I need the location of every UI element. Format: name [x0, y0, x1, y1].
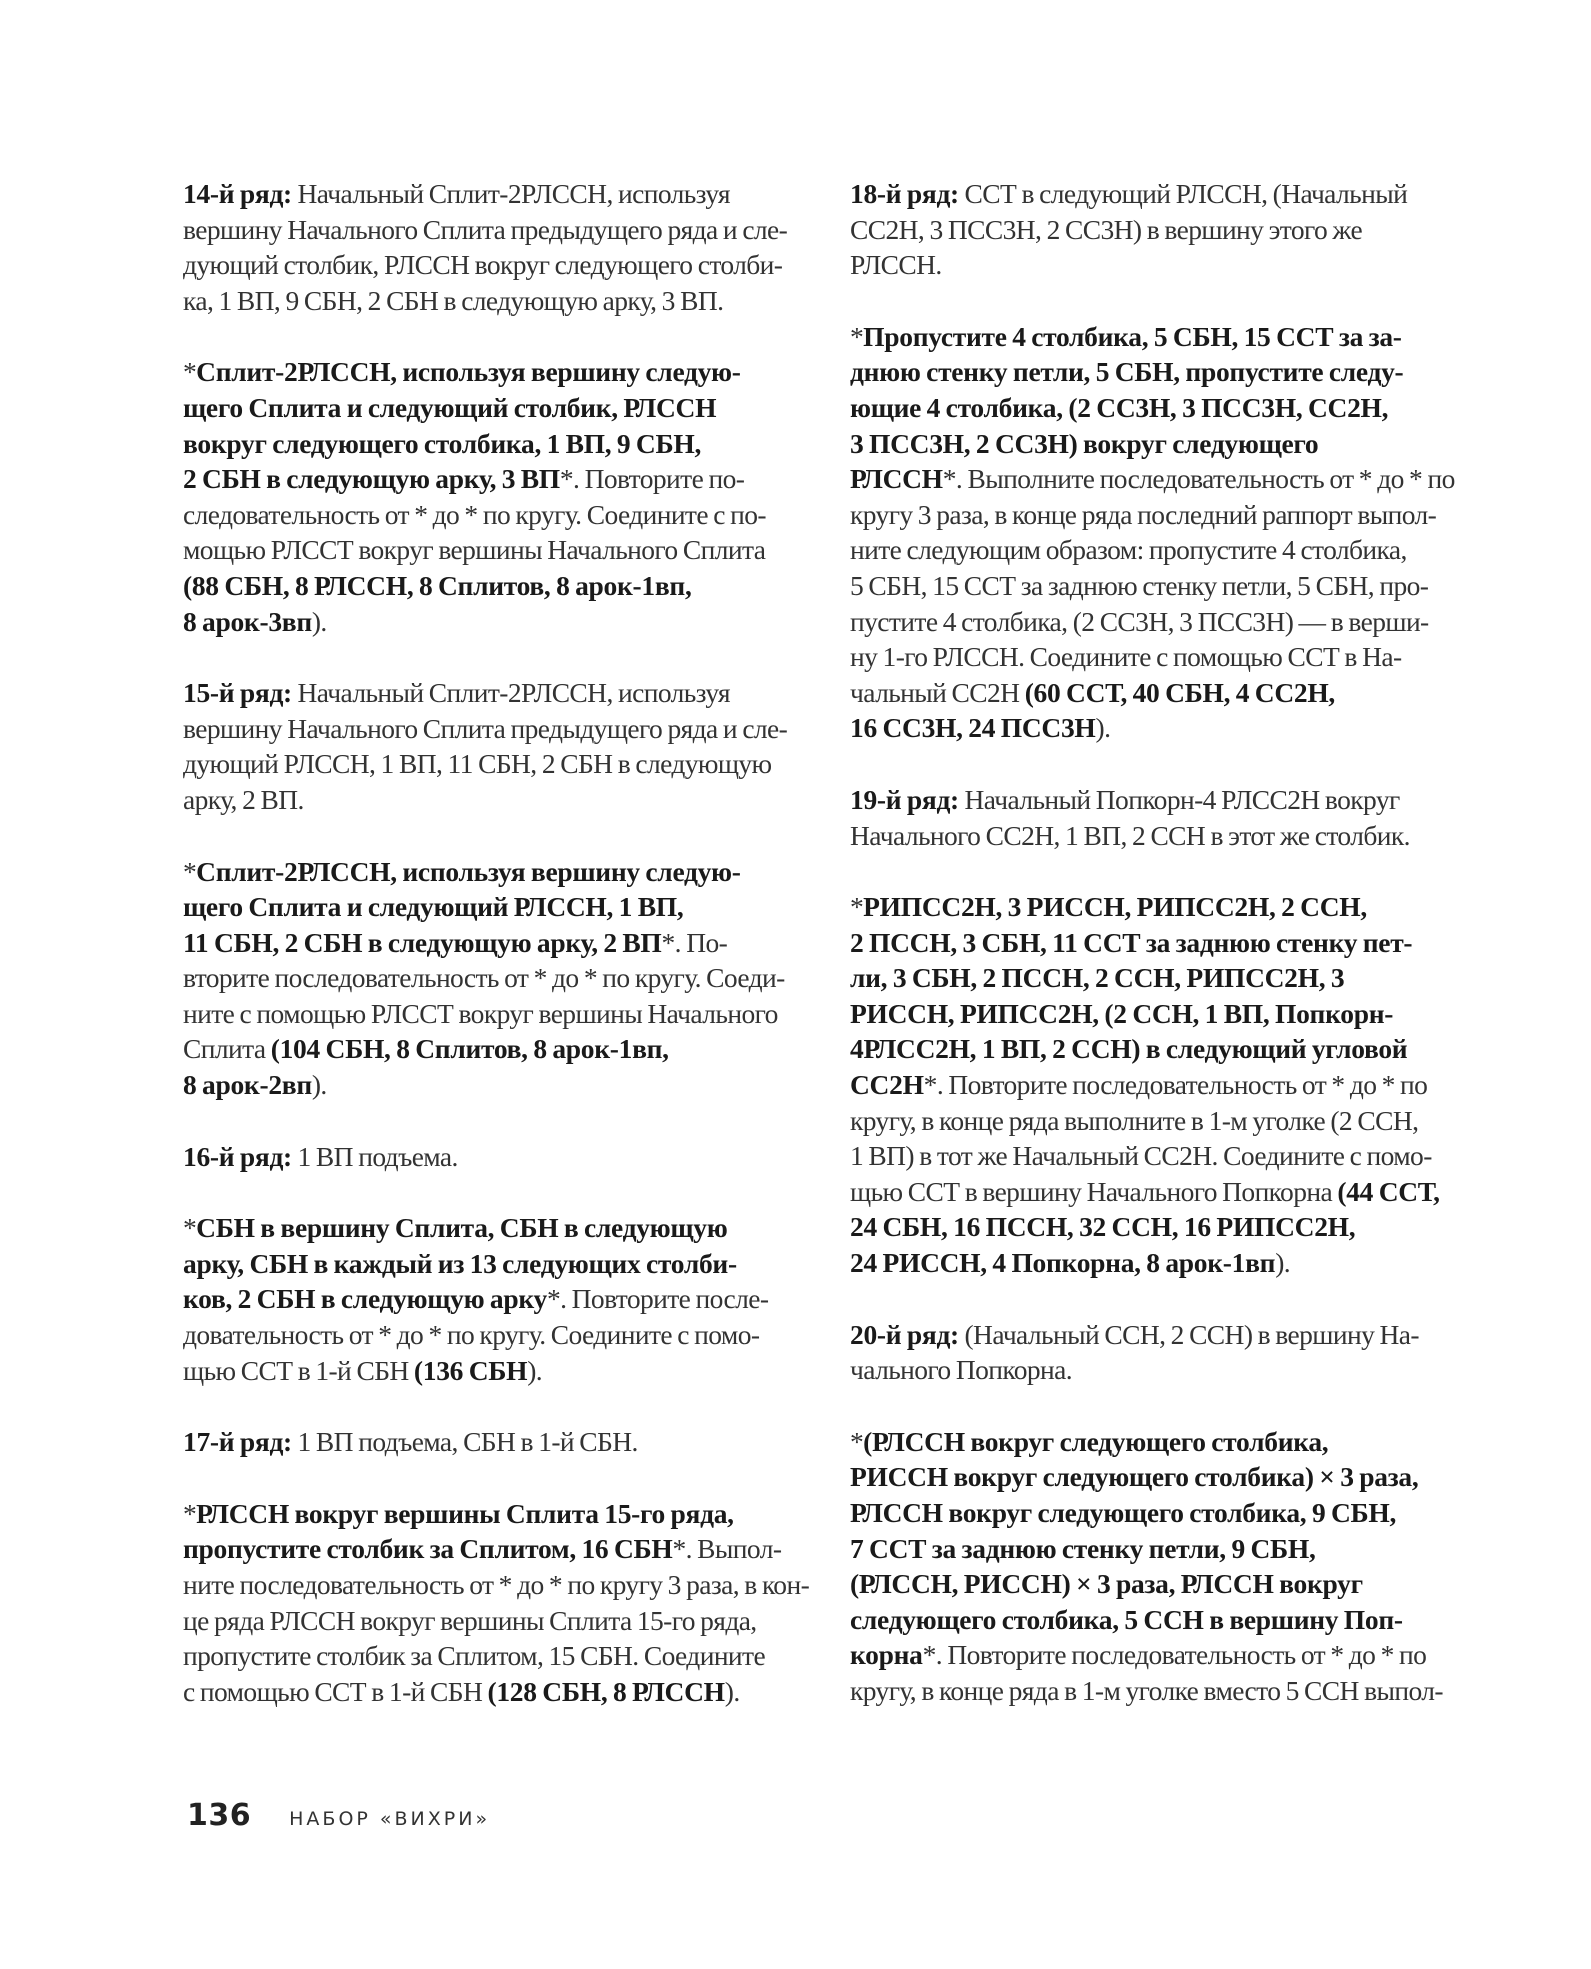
- text-line: ните следующим образом: пропустите 4 сто…: [850, 532, 1480, 568]
- bold-text: Сплит-2РЛССН, используя вершину следую-: [196, 356, 740, 387]
- regular-text: РЛССН.: [850, 249, 942, 280]
- bold-text: 18-й ряд:: [850, 178, 965, 209]
- regular-text: 5 СБН, 15 ССТ за заднюю стенку петли, 5 …: [850, 570, 1428, 601]
- regular-text: це ряда РЛССН вокруг вершины Сплита 15-г…: [183, 1605, 757, 1636]
- regular-text: с помощью ССТ в 1-й СБН: [183, 1676, 488, 1707]
- text-line: 8 арок-2вп).: [183, 1067, 823, 1103]
- text-line: кругу, в конце ряда в 1-м уголке вместо …: [850, 1673, 1480, 1709]
- bold-text: ющие 4 столбика, (2 СС3Н, 3 ПСС3Н, СС2Н,: [850, 392, 1388, 423]
- bold-text: 2 ПССН, 3 СБН, 11 ССТ за заднюю стенку п…: [850, 927, 1412, 958]
- bold-text: РИПСС2Н, 3 РИССН, РИПСС2Н, 2 ССН,: [863, 891, 1367, 922]
- text-line: дующий РЛССН, 1 ВП, 11 СБН, 2 СБН в след…: [183, 746, 823, 782]
- regular-text: Начальный Попкорн-4 РЛСС2Н вокруг: [965, 784, 1400, 815]
- regular-text: мощью РЛССТ вокруг вершины Начального Сп…: [183, 534, 765, 565]
- text-line: пустите 4 столбика, (2 СС3Н, 3 ПСС3Н) — …: [850, 604, 1480, 640]
- regular-text: *. Повторите последовательность от * до …: [923, 1639, 1427, 1670]
- regular-text: арку, 2 ВП.: [183, 784, 304, 815]
- regular-text: ните с помощью РЛССТ вокруг вершины Нача…: [183, 998, 778, 1029]
- bold-text: 14-й ряд:: [183, 178, 298, 209]
- text-line: кругу, в конце ряда выполните в 1-м угол…: [850, 1103, 1480, 1139]
- bold-text: 24 СБН, 16 ПССН, 32 ССН, 16 РИПСС2Н,: [850, 1211, 1355, 1242]
- paragraph-row15-intro: 15-й ряд: Начальный Сплит-2РЛССН, исполь…: [183, 675, 823, 817]
- regular-text: *. Повторите по-: [560, 463, 744, 494]
- bold-text: РЛССН вокруг следующего столбика, 9 СБН,: [850, 1497, 1396, 1528]
- regular-text: дующий РЛССН, 1 ВП, 11 СБН, 2 СБН в след…: [183, 748, 772, 779]
- text-line: чального Попкорна.: [850, 1352, 1480, 1388]
- regular-text: *: [183, 356, 196, 387]
- regular-text: *. По-: [662, 927, 728, 958]
- text-line: *Сплит-2РЛССН, используя вершину следую-: [183, 354, 823, 390]
- text-line: 17-й ряд: 1 ВП подъема, СБН в 1-й СБН.: [183, 1424, 823, 1460]
- paragraph-row15-repeat: *Сплит-2РЛССН, используя вершину следую-…: [183, 854, 823, 1103]
- bold-text: 16-й ряд:: [183, 1141, 298, 1172]
- text-line: чальный СС2Н (60 ССТ, 40 СБН, 4 СС2Н,: [850, 675, 1480, 711]
- text-line: вершину Начального Сплита предыдущего ря…: [183, 711, 823, 747]
- regular-text: чального Попкорна.: [850, 1354, 1072, 1385]
- bold-text: арку, СБН в каждый из 13 следующих столб…: [183, 1248, 737, 1279]
- bold-text: 3 ПСС3Н, 2 СС3Н) вокруг следующего: [850, 428, 1318, 459]
- regular-text: ).: [725, 1676, 740, 1707]
- text-line: (РЛССН, РИССН) × 3 раза, РЛССН вокруг: [850, 1566, 1480, 1602]
- bold-text: 7 ССТ за заднюю стенку петли, 9 СБН,: [850, 1533, 1316, 1564]
- regular-text: *: [850, 321, 863, 352]
- regular-text: кругу, в конце ряда выполните в 1-м угол…: [850, 1105, 1418, 1136]
- regular-text: 1 ВП) в тот же Начальный СС2Н. Соедините…: [850, 1140, 1432, 1171]
- bold-text: днюю стенку петли, 5 СБН, пропустите сле…: [850, 356, 1403, 387]
- paragraph-row17-intro: 17-й ряд: 1 ВП подъема, СБН в 1-й СБН.: [183, 1424, 823, 1460]
- regular-text: ните следующим образом: пропустите 4 сто…: [850, 534, 1407, 565]
- regular-text: (Начальный ССН, 2 ССН) в вершину На-: [965, 1319, 1419, 1350]
- text-line: щего Сплита и следующий столбик, РЛССН: [183, 390, 823, 426]
- regular-text: Сплита: [183, 1033, 271, 1064]
- regular-text: 1 ВП подъема, СБН в 1-й СБН.: [298, 1426, 638, 1457]
- regular-text: *. Выполните последовательность от * до …: [943, 463, 1455, 494]
- page-number: 136: [187, 1798, 251, 1833]
- regular-text: ).: [1096, 712, 1111, 743]
- paragraph-row14-intro: 14-й ряд: Начальный Сплит-2РЛССН, исполь…: [183, 176, 823, 318]
- bold-text: ков, 2 СБН в следующую арку: [183, 1283, 547, 1314]
- regular-text: вершину Начального Сплита предыдущего ря…: [183, 214, 787, 245]
- text-line: 24 РИССН, 4 Попкорна, 8 арок-1вп).: [850, 1245, 1480, 1281]
- text-line: щью ССТ в вершину Начального Попкорна (4…: [850, 1174, 1480, 1210]
- text-line: *Пропустите 4 столбика, 5 СБН, 15 ССТ за…: [850, 319, 1480, 355]
- regular-text: кругу 3 раза, в конце ряда последний рап…: [850, 499, 1436, 530]
- regular-text: щью ССТ в 1-й СБН: [183, 1355, 414, 1386]
- text-line: *РЛССН вокруг вершины Сплита 15-го ряда,: [183, 1496, 823, 1532]
- text-line: ните последовательность от * до * по кру…: [183, 1567, 823, 1603]
- text-line: вокруг следующего столбика, 1 ВП, 9 СБН,: [183, 426, 823, 462]
- text-line: РИССН, РИПСС2Н, (2 ССН, 1 ВП, Попкорн-: [850, 996, 1480, 1032]
- bold-text: 20-й ряд:: [850, 1319, 965, 1350]
- page-footer: 136 НАБОР «ВИХРИ»: [187, 1798, 490, 1833]
- text-line: РЛССН.: [850, 247, 1480, 283]
- bold-text: (44 ССТ,: [1337, 1176, 1439, 1207]
- bold-text: 15-й ряд:: [183, 677, 298, 708]
- text-line: Сплита (104 СБН, 8 Сплитов, 8 арок-1вп,: [183, 1031, 823, 1067]
- text-line: *(РЛССН вокруг следующего столбика,: [850, 1424, 1480, 1460]
- text-line: *СБН в вершину Сплита, СБН в следующую: [183, 1210, 823, 1246]
- paragraph-row16-repeat: *СБН в вершину Сплита, СБН в следующуюар…: [183, 1210, 823, 1388]
- text-line: 2 ПССН, 3 СБН, 11 ССТ за заднюю стенку п…: [850, 925, 1480, 961]
- text-line: 7 ССТ за заднюю стенку петли, 9 СБН,: [850, 1531, 1480, 1567]
- text-line: арку, СБН в каждый из 13 следующих столб…: [183, 1246, 823, 1282]
- text-line: пропустите столбик за Сплитом, 15 СБН. С…: [183, 1638, 823, 1674]
- paragraph-row19-repeat: *РИПСС2Н, 3 РИССН, РИПСС2Н, 2 ССН,2 ПССН…: [850, 889, 1480, 1281]
- regular-text: ССТ в следующий РЛССН, (Начальный: [965, 178, 1408, 209]
- bold-text: 16 СС3Н, 24 ПСС3Н: [850, 712, 1096, 743]
- regular-text: ).: [312, 606, 327, 637]
- regular-text: Начальный Сплит-2РЛССН, используя: [298, 677, 730, 708]
- text-line: днюю стенку петли, 5 СБН, пропустите сле…: [850, 354, 1480, 390]
- section-title: НАБОР «ВИХРИ»: [289, 1808, 490, 1830]
- text-line: кругу 3 раза, в конце ряда последний рап…: [850, 497, 1480, 533]
- text-line: 16-й ряд: 1 ВП подъема.: [183, 1139, 823, 1175]
- bold-text: 8 арок-2вп: [183, 1069, 312, 1100]
- text-line: 24 СБН, 16 ПССН, 32 ССН, 16 РИПСС2Н,: [850, 1209, 1480, 1245]
- bold-text: следующего столбика, 5 ССН в вершину Поп…: [850, 1604, 1403, 1635]
- text-line: 15-й ряд: Начальный Сплит-2РЛССН, исполь…: [183, 675, 823, 711]
- regular-text: следовательность от * до * по кругу. Сое…: [183, 499, 766, 530]
- text-line: вторите последовательность от * до * по …: [183, 960, 823, 996]
- right-column: 18-й ряд: ССТ в следующий РЛССН, (Началь…: [850, 176, 1480, 1745]
- text-line: 2 СБН в следующую арку, 3 ВП*. Повторите…: [183, 461, 823, 497]
- text-line: 19-й ряд: Начальный Попкорн-4 РЛСС2Н вок…: [850, 782, 1480, 818]
- bold-text: (60 ССТ, 40 СБН, 4 СС2Н,: [1025, 677, 1335, 708]
- text-line: с помощью ССТ в 1-й СБН (128 СБН, 8 РЛСС…: [183, 1674, 823, 1710]
- paragraph-row20-intro: 20-й ряд: (Начальный ССН, 2 ССН) в верши…: [850, 1317, 1480, 1388]
- text-line: ну 1-го РЛССН. Соедините с помощью ССТ в…: [850, 639, 1480, 675]
- bold-text: 24 РИССН, 4 Попкорна, 8 арок-1вп: [850, 1247, 1275, 1278]
- paragraph-row19-intro: 19-й ряд: Начальный Попкорн-4 РЛСС2Н вок…: [850, 782, 1480, 853]
- text-line: 14-й ряд: Начальный Сплит-2РЛССН, исполь…: [183, 176, 823, 212]
- regular-text: Начального СС2Н, 1 ВП, 2 ССН в этот же с…: [850, 820, 1410, 851]
- paragraph-row20-repeat: *(РЛССН вокруг следующего столбика,РИССН…: [850, 1424, 1480, 1709]
- text-line: ков, 2 СБН в следующую арку*. Повторите …: [183, 1281, 823, 1317]
- regular-text: чальный СС2Н: [850, 677, 1025, 708]
- regular-text: ну 1-го РЛССН. Соедините с помощью ССТ в…: [850, 641, 1402, 672]
- text-line: 20-й ряд: (Начальный ССН, 2 ССН) в верши…: [850, 1317, 1480, 1353]
- text-line: арку, 2 ВП.: [183, 782, 823, 818]
- regular-text: *: [850, 891, 863, 922]
- text-line: ните с помощью РЛССТ вокруг вершины Нача…: [183, 996, 823, 1032]
- bold-text: 19-й ряд:: [850, 784, 965, 815]
- text-line: це ряда РЛССН вокруг вершины Сплита 15-г…: [183, 1603, 823, 1639]
- bold-text: РИССН, РИПСС2Н, (2 ССН, 1 ВП, Попкорн-: [850, 998, 1393, 1029]
- bold-text: Пропустите 4 столбика, 5 СБН, 15 ССТ за …: [863, 321, 1402, 352]
- text-line: *Сплит-2РЛССН, используя вершину следую-: [183, 854, 823, 890]
- regular-text: ните последовательность от * до * по кру…: [183, 1569, 809, 1600]
- bold-text: щего Сплита и следующий РЛССН, 1 ВП,: [183, 891, 683, 922]
- bold-text: (104 СБН, 8 Сплитов, 8 арок-1вп,: [271, 1033, 669, 1064]
- bold-text: РЛССН: [850, 463, 943, 494]
- text-line: РЛССН*. Выполните последовательность от …: [850, 461, 1480, 497]
- regular-text: пустите 4 столбика, (2 СС3Н, 3 ПСС3Н) — …: [850, 606, 1429, 637]
- bold-text: вокруг следующего столбика, 1 ВП, 9 СБН,: [183, 428, 701, 459]
- bold-text: (136 СБН: [414, 1355, 527, 1386]
- regular-text: ).: [527, 1355, 542, 1386]
- bold-text: РЛССН вокруг вершины Сплита 15-го ряда,: [196, 1498, 734, 1529]
- left-column: 14-й ряд: Начальный Сплит-2РЛССН, исполь…: [183, 176, 823, 1745]
- regular-text: кругу, в конце ряда в 1-м уголке вместо …: [850, 1675, 1443, 1706]
- regular-text: пропустите столбик за Сплитом, 15 СБН. С…: [183, 1640, 765, 1671]
- regular-text: 1 ВП подъема.: [298, 1141, 458, 1172]
- regular-text: *. Повторите последовательность от * до …: [924, 1069, 1428, 1100]
- text-line: щью ССТ в 1-й СБН (136 СБН).: [183, 1353, 823, 1389]
- regular-text: СС2Н, 3 ПСС3Н, 2 СС3Н) в вершину этого ж…: [850, 214, 1362, 245]
- bold-text: Сплит-2РЛССН, используя вершину следую-: [196, 856, 740, 887]
- text-line: корна*. Повторите последовательность от …: [850, 1637, 1480, 1673]
- regular-text: *. Повторите после-: [547, 1283, 768, 1314]
- text-line: ющие 4 столбика, (2 СС3Н, 3 ПСС3Н, СС2Н,: [850, 390, 1480, 426]
- bold-text: (РЛССН, РИССН) × 3 раза, РЛССН вокруг: [850, 1568, 1363, 1599]
- text-line: дующий столбик, РЛССН вокруг следующего …: [183, 247, 823, 283]
- regular-text: *: [183, 856, 196, 887]
- bold-text: СБН в вершину Сплита, СБН в следующую: [196, 1212, 727, 1243]
- regular-text: дующий столбик, РЛССН вокруг следующего …: [183, 249, 782, 280]
- regular-text: вторите последовательность от * до * по …: [183, 962, 785, 993]
- text-line: РЛССН вокруг следующего столбика, 9 СБН,: [850, 1495, 1480, 1531]
- text-line: Начального СС2Н, 1 ВП, 2 ССН в этот же с…: [850, 818, 1480, 854]
- bold-text: корна: [850, 1639, 923, 1670]
- text-line: следовательность от * до * по кругу. Сое…: [183, 497, 823, 533]
- text-line: *РИПСС2Н, 3 РИССН, РИПСС2Н, 2 ССН,: [850, 889, 1480, 925]
- paragraph-row18-repeat: *Пропустите 4 столбика, 5 СБН, 15 ССТ за…: [850, 319, 1480, 746]
- text-line: ли, 3 СБН, 2 ПССН, 2 ССН, РИПСС2Н, 3: [850, 960, 1480, 996]
- text-line: вершину Начального Сплита предыдущего ря…: [183, 212, 823, 248]
- text-line: щего Сплита и следующий РЛССН, 1 ВП,: [183, 889, 823, 925]
- regular-text: *: [183, 1498, 196, 1529]
- regular-text: ка, 1 ВП, 9 СБН, 2 СБН в следующую арку,…: [183, 285, 723, 316]
- bold-text: 8 арок-3вп: [183, 606, 312, 637]
- paragraph-row16-intro: 16-й ряд: 1 ВП подъема.: [183, 1139, 823, 1175]
- text-line: 11 СБН, 2 СБН в следующую арку, 2 ВП*. П…: [183, 925, 823, 961]
- text-line: 1 ВП) в тот же Начальный СС2Н. Соедините…: [850, 1138, 1480, 1174]
- text-line: пропустите столбик за Сплитом, 16 СБН*. …: [183, 1531, 823, 1567]
- regular-text: Начальный Сплит-2РЛССН, используя: [298, 178, 730, 209]
- text-line: СС2Н, 3 ПСС3Н, 2 СС3Н) в вершину этого ж…: [850, 212, 1480, 248]
- text-line: 4РЛСС2Н, 1 ВП, 2 ССН) в следующий углово…: [850, 1031, 1480, 1067]
- text-line: 16 СС3Н, 24 ПСС3Н).: [850, 710, 1480, 746]
- text-line: 18-й ряд: ССТ в следующий РЛССН, (Началь…: [850, 176, 1480, 212]
- bold-text: РИССН вокруг следующего столбика) × 3 ра…: [850, 1461, 1418, 1492]
- text-line: мощью РЛССТ вокруг вершины Начального Сп…: [183, 532, 823, 568]
- regular-text: ).: [1275, 1247, 1290, 1278]
- bold-text: 11 СБН, 2 СБН в следующую арку, 2 ВП: [183, 927, 662, 958]
- paragraph-row17-repeat: *РЛССН вокруг вершины Сплита 15-го ряда,…: [183, 1496, 823, 1710]
- text-line: ка, 1 ВП, 9 СБН, 2 СБН в следующую арку,…: [183, 283, 823, 319]
- bold-text: СС2Н: [850, 1069, 924, 1100]
- text-line: следующего столбика, 5 ССН в вершину Поп…: [850, 1602, 1480, 1638]
- bold-text: щего Сплита и следующий столбик, РЛССН: [183, 392, 716, 423]
- text-line: РИССН вокруг следующего столбика) × 3 ра…: [850, 1459, 1480, 1495]
- paragraph-row18-intro: 18-й ряд: ССТ в следующий РЛССН, (Началь…: [850, 176, 1480, 283]
- bold-text: 4РЛСС2Н, 1 ВП, 2 ССН) в следующий углово…: [850, 1033, 1407, 1064]
- regular-text: ).: [312, 1069, 327, 1100]
- bold-text: пропустите столбик за Сплитом, 16 СБН: [183, 1533, 672, 1564]
- text-line: 3 ПСС3Н, 2 СС3Н) вокруг следующего: [850, 426, 1480, 462]
- text-line: довательность от * до * по кругу. Соедин…: [183, 1317, 823, 1353]
- bold-text: 2 СБН в следующую арку, 3 ВП: [183, 463, 560, 494]
- regular-text: *: [183, 1212, 196, 1243]
- bold-text: (РЛССН вокруг следующего столбика,: [863, 1426, 1328, 1457]
- bold-text: (128 СБН, 8 РЛССН: [488, 1676, 725, 1707]
- regular-text: *. Выпол-: [672, 1533, 781, 1564]
- regular-text: вершину Начального Сплита предыдущего ря…: [183, 713, 787, 744]
- text-line: СС2Н*. Повторите последовательность от *…: [850, 1067, 1480, 1103]
- regular-text: щью ССТ в вершину Начального Попкорна: [850, 1176, 1337, 1207]
- text-line: (88 СБН, 8 РЛССН, 8 Сплитов, 8 арок-1вп,: [183, 568, 823, 604]
- text-line: 8 арок-3вп).: [183, 604, 823, 640]
- regular-text: *: [850, 1426, 863, 1457]
- bold-text: (88 СБН, 8 РЛССН, 8 Сплитов, 8 арок-1вп,: [183, 570, 692, 601]
- text-line: 5 СБН, 15 ССТ за заднюю стенку петли, 5 …: [850, 568, 1480, 604]
- bold-text: ли, 3 СБН, 2 ПССН, 2 ССН, РИПСС2Н, 3: [850, 962, 1344, 993]
- paragraph-row14-repeat: *Сплит-2РЛССН, используя вершину следую-…: [183, 354, 823, 639]
- regular-text: довательность от * до * по кругу. Соедин…: [183, 1319, 759, 1350]
- bold-text: 17-й ряд:: [183, 1426, 298, 1457]
